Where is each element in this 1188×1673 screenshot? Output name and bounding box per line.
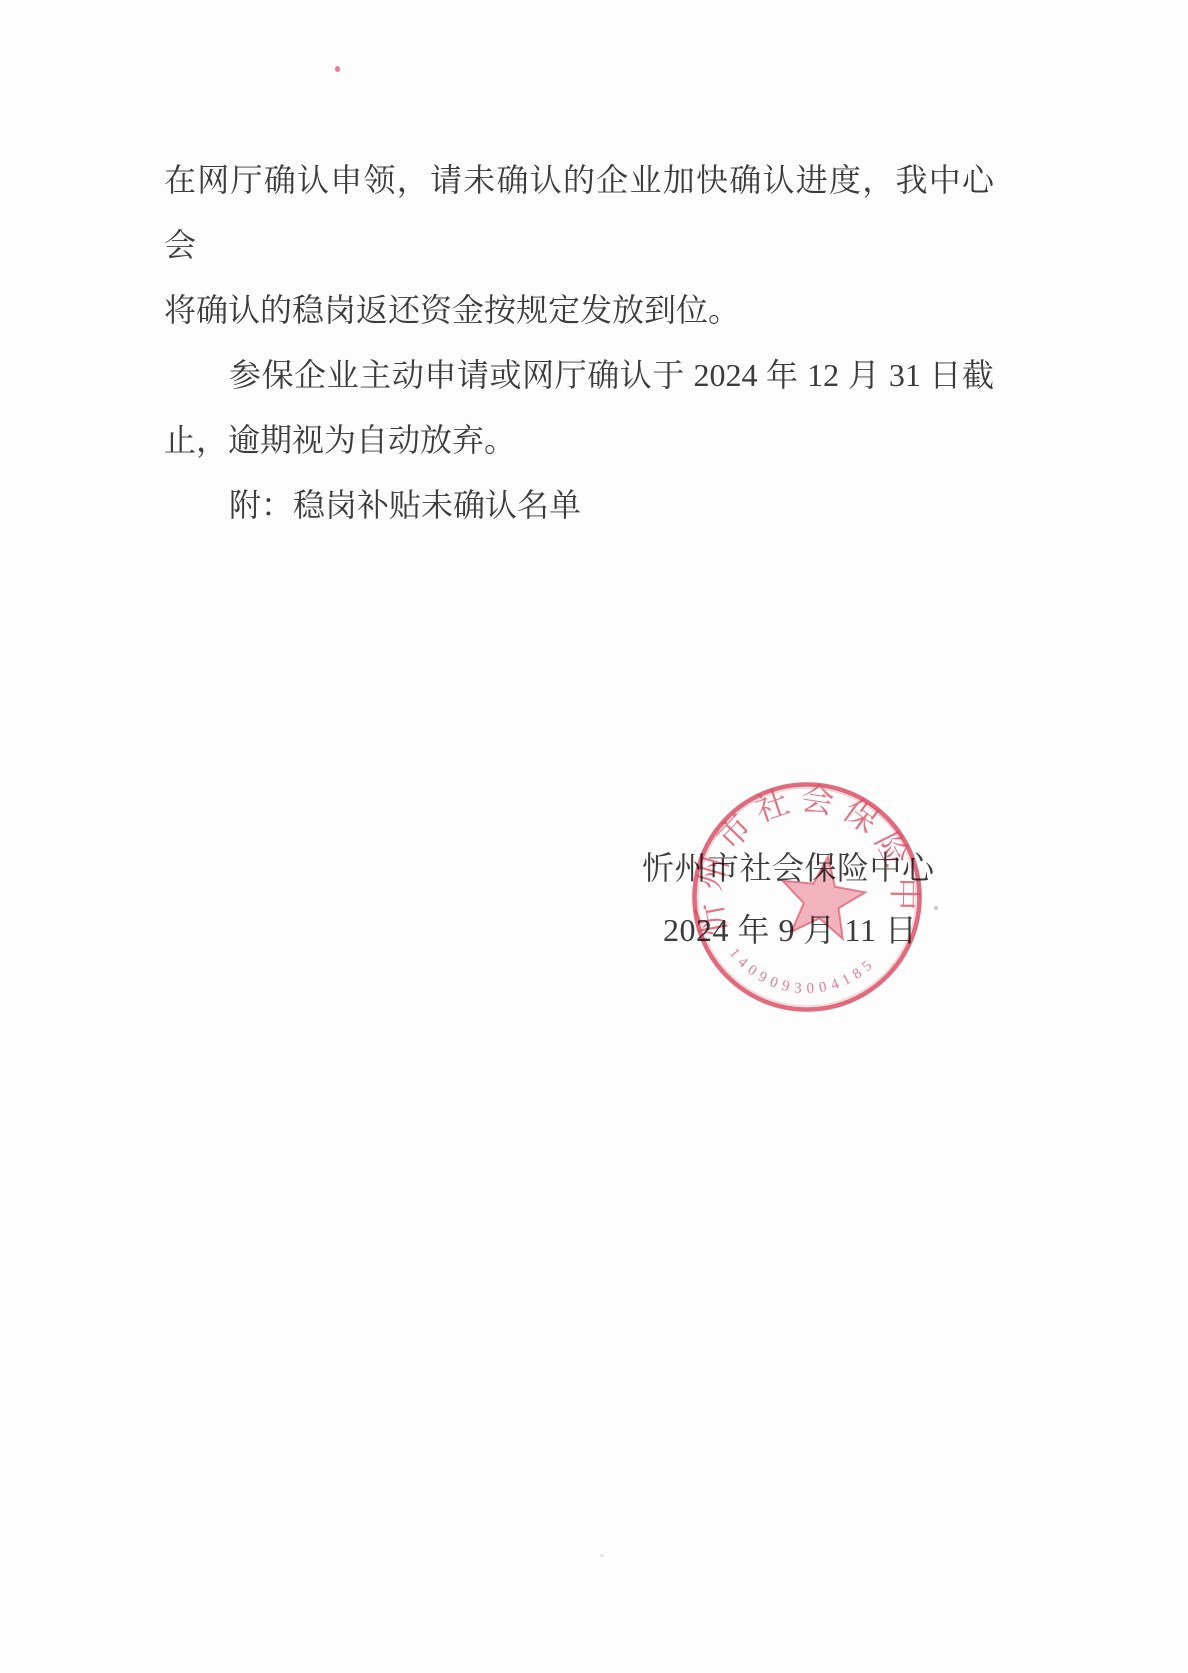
scan-speck [600, 1554, 604, 1557]
seal-ring-circle [695, 785, 920, 1010]
paragraph-line: 止，逾期视为自动放弃。 [164, 408, 994, 473]
body-text-block: 在网厅确认申领，请未确认的企业加快确认进度，我中心会 将确认的稳岗返还资金按规定… [164, 148, 994, 538]
official-seal-stamp: 忻州市社会保险中心 1409093004185 [687, 777, 927, 1017]
paragraph-line: 参保企业主动申请或网厅确认于 2024 年 12 月 31 日截 [164, 343, 994, 408]
paragraph-line: 将确认的稳岗返还资金按规定发放到位。 [164, 278, 994, 343]
seal-ring-circle-texture [698, 788, 916, 1006]
paragraph-line: 在网厅确认申领，请未确认的企业加快确认进度，我中心会 [164, 148, 994, 278]
attachment-line: 附：稳岗补贴未确认名单 [164, 473, 994, 538]
signature-date: 2024 年 9 月 11 日 [663, 905, 917, 951]
scan-speck [934, 906, 938, 910]
document-page: 在网厅确认申领，请未确认的企业加快确认进度，我中心会 将确认的稳岗返还资金按规定… [0, 0, 1188, 1673]
signature-org-name: 忻州市社会保险中心 [642, 843, 935, 889]
seal-code-text: 1409093004185 [726, 945, 880, 997]
ink-speck-red [335, 66, 340, 72]
